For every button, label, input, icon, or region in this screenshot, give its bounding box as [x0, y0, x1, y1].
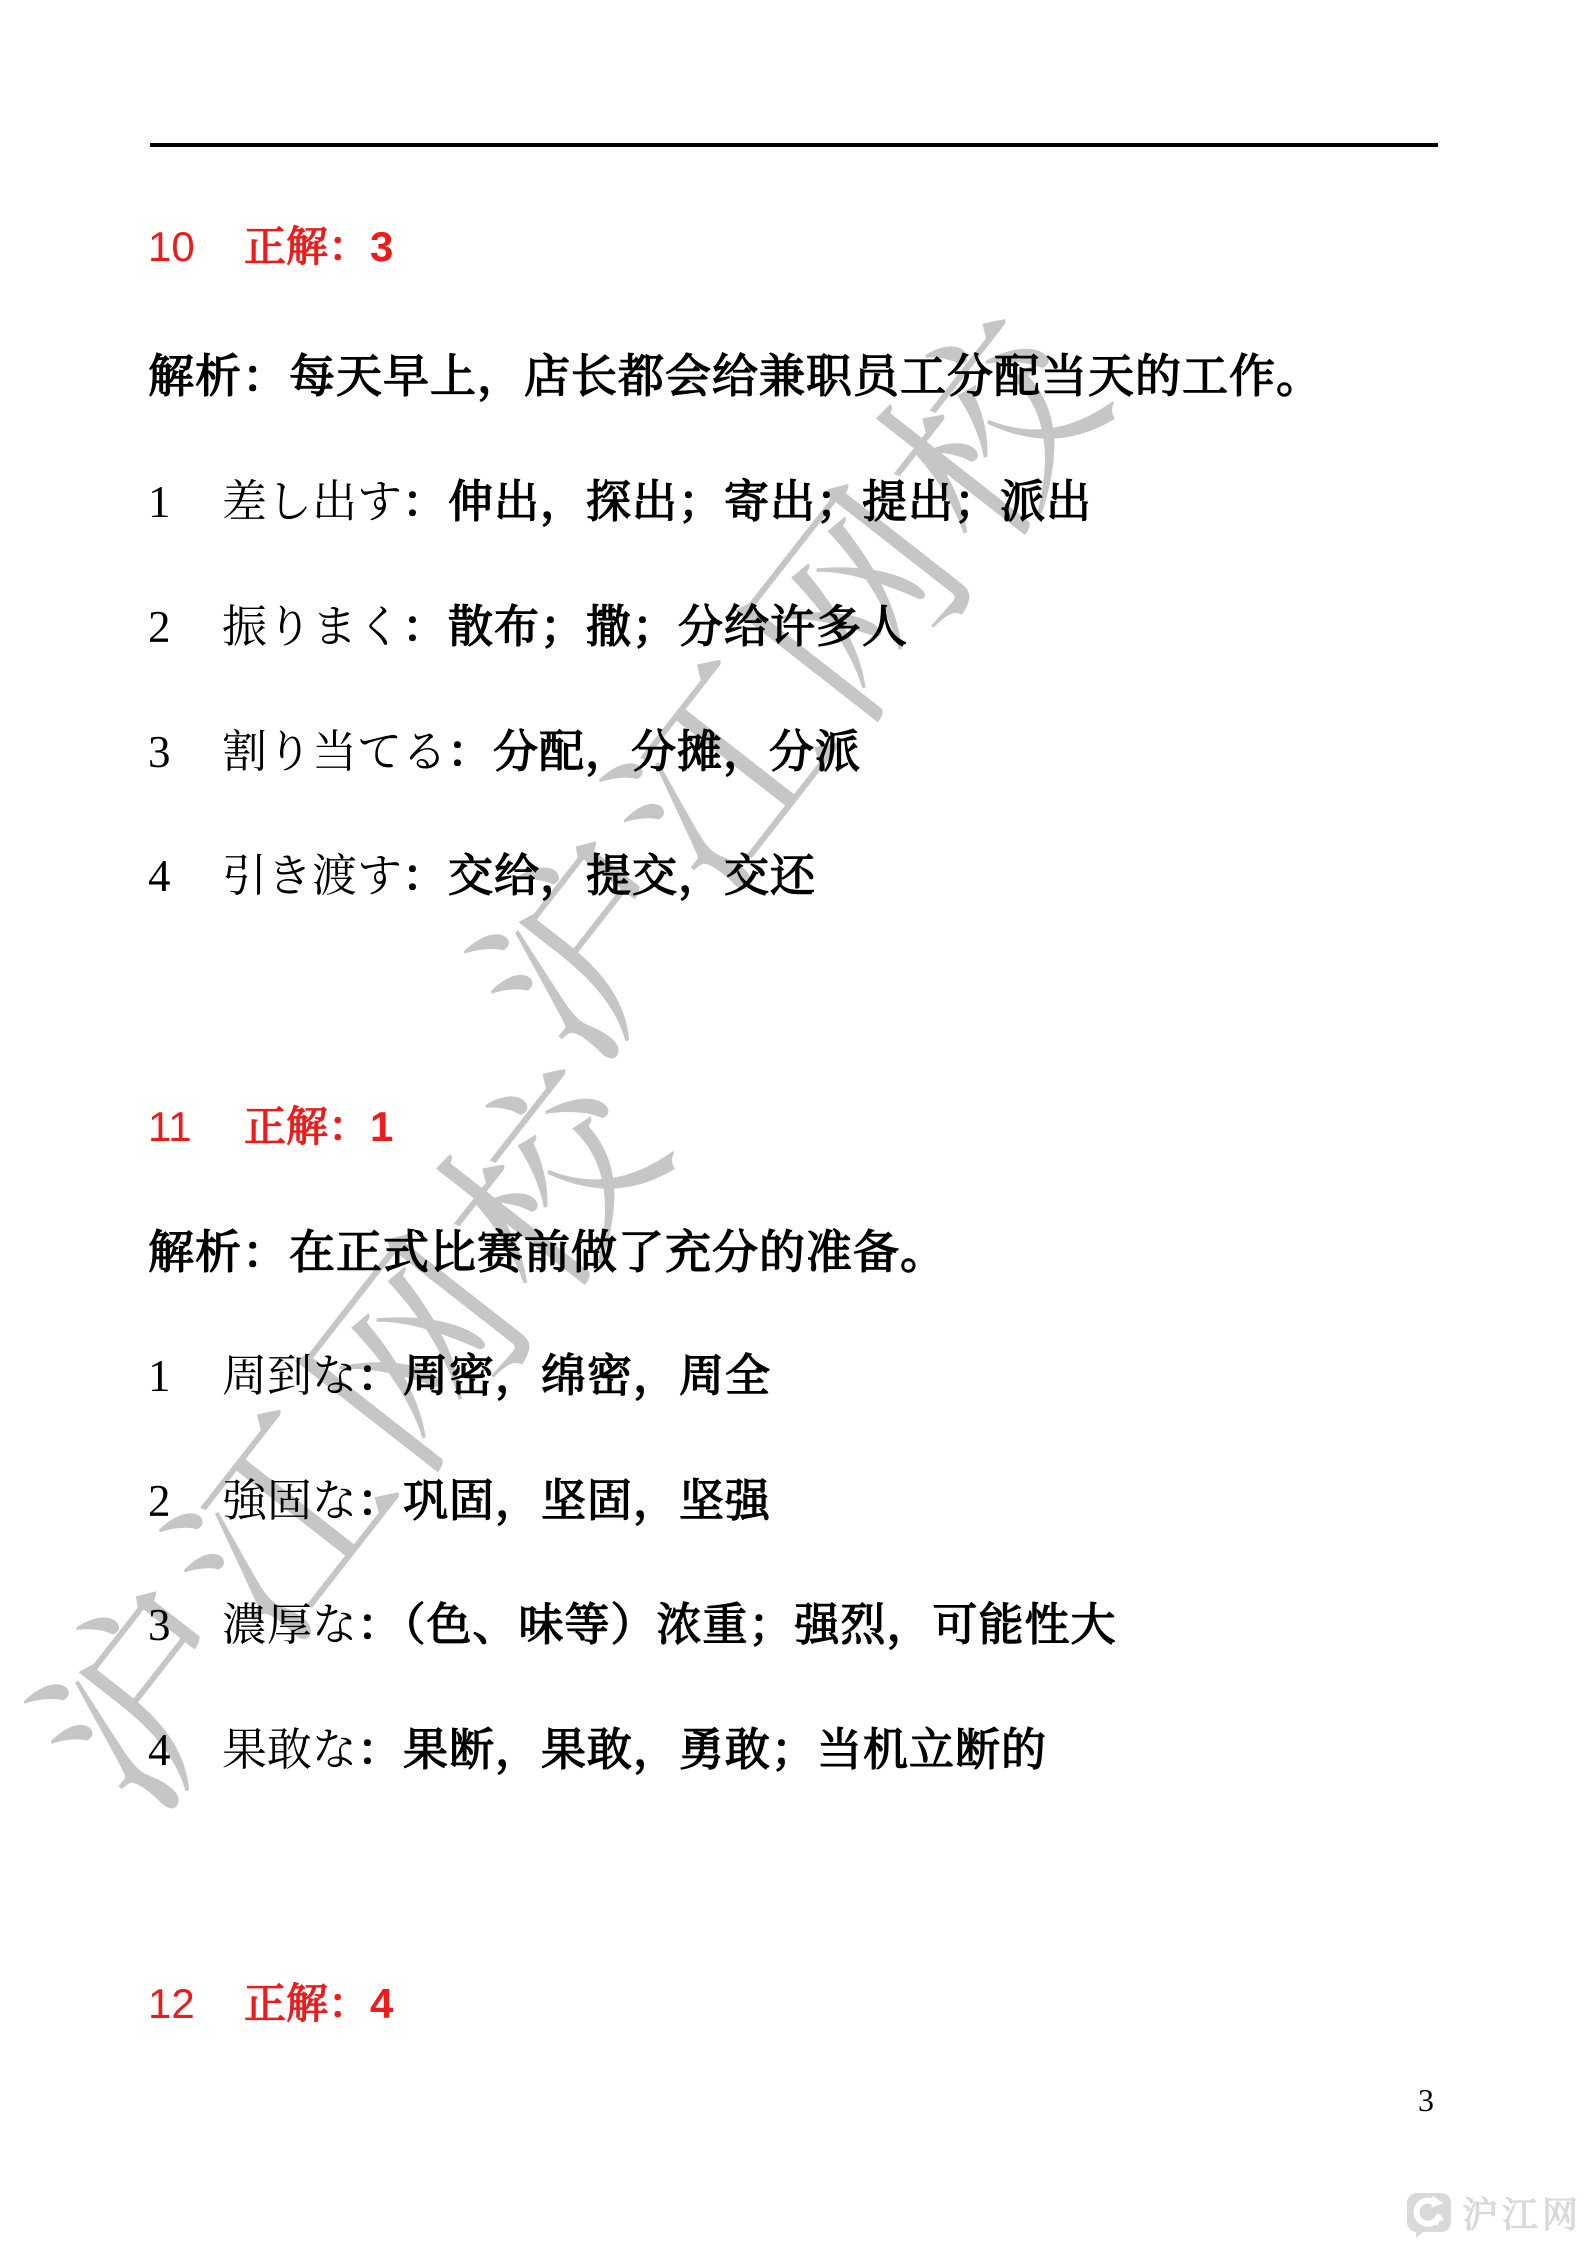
question-11-header: 11正解：1 [148, 1105, 393, 1149]
answer-value: 3 [370, 223, 393, 270]
option-term: 濃厚な [222, 1600, 357, 1650]
option-row: 1差し出す：伸出，探出；寄出；提出；派出 [148, 478, 1092, 526]
option-definition: ：散布；撒；分给许多人 [402, 601, 908, 652]
header-rule [150, 143, 1438, 147]
answer-label: 正解： [244, 1980, 370, 2027]
option-term: 周到な [222, 1351, 357, 1401]
analysis-text: 解析：每天早上，店长都会给兼职员工分配当天的工作。 [148, 352, 1323, 400]
option-row: 3濃厚な：（色、味等）浓重；强烈，可能性大 [148, 1601, 1117, 1649]
option-number: 4 [148, 1727, 222, 1774]
option-term: 差し出す [222, 477, 402, 527]
option-row: 2強固な：巩固，坚固，坚强 [148, 1477, 771, 1525]
hujiang-logo-icon [1406, 2192, 1452, 2238]
answer-label: 正解： [244, 1103, 370, 1150]
option-number: 1 [148, 1353, 222, 1400]
option-term: 振りまく [222, 602, 402, 652]
option-definition: ：分配，分摊，分派 [447, 726, 861, 777]
option-definition: ：周密，绵密，周全 [357, 1350, 771, 1401]
footer-logo: 沪江网 [1406, 2192, 1582, 2238]
option-row: 3割り当てる：分配，分摊，分派 [148, 728, 861, 776]
option-number: 2 [148, 1478, 222, 1525]
option-definition: ：伸出，探出；寄出；提出；派出 [402, 476, 1092, 527]
option-number: 2 [148, 604, 222, 651]
page-number: 3 [1418, 2082, 1434, 2119]
question-number: 10 [148, 225, 244, 269]
option-row: 1周到な：周密，绵密，周全 [148, 1352, 771, 1400]
analysis-text: 解析：在正式比赛前做了充分的准备。 [148, 1228, 947, 1276]
option-row: 2振りまく：散布；撒；分给许多人 [148, 603, 908, 651]
question-10-header: 10正解：3 [148, 225, 393, 269]
option-term: 果敢な [222, 1725, 357, 1775]
answer-label: 正解： [244, 223, 370, 270]
option-term: 引き渡す [222, 851, 402, 901]
answer-value: 1 [370, 1103, 393, 1150]
option-number: 1 [148, 479, 222, 526]
option-definition: ：交给，提交，交还 [402, 850, 816, 901]
option-row: 4果敢な：果断，果敢，勇敢；当机立断的 [148, 1726, 1047, 1774]
option-number: 3 [148, 729, 222, 776]
question-number: 11 [148, 1105, 244, 1149]
option-definition: ：巩固，坚固，坚强 [357, 1475, 771, 1526]
option-row: 4引き渡す：交给，提交，交还 [148, 852, 816, 900]
option-term: 割り当てる [222, 727, 447, 777]
option-number: 3 [148, 1602, 222, 1649]
document-page: 沪江网校 沪江网校 10正解：3 解析：每天早上，店长都会给兼职员工分配当天的工… [0, 0, 1587, 2245]
footer-logo-text: 沪江网 [1462, 2192, 1582, 2238]
option-definition: ：（色、味等）浓重；强烈，可能性大 [357, 1599, 1117, 1650]
question-12-header: 12正解：4 [148, 1982, 393, 2026]
option-number: 4 [148, 853, 222, 900]
question-number: 12 [148, 1982, 244, 2026]
option-definition: ：果断，果敢，勇敢；当机立断的 [357, 1724, 1047, 1775]
option-term: 強固な [222, 1476, 357, 1526]
answer-value: 4 [370, 1980, 393, 2027]
